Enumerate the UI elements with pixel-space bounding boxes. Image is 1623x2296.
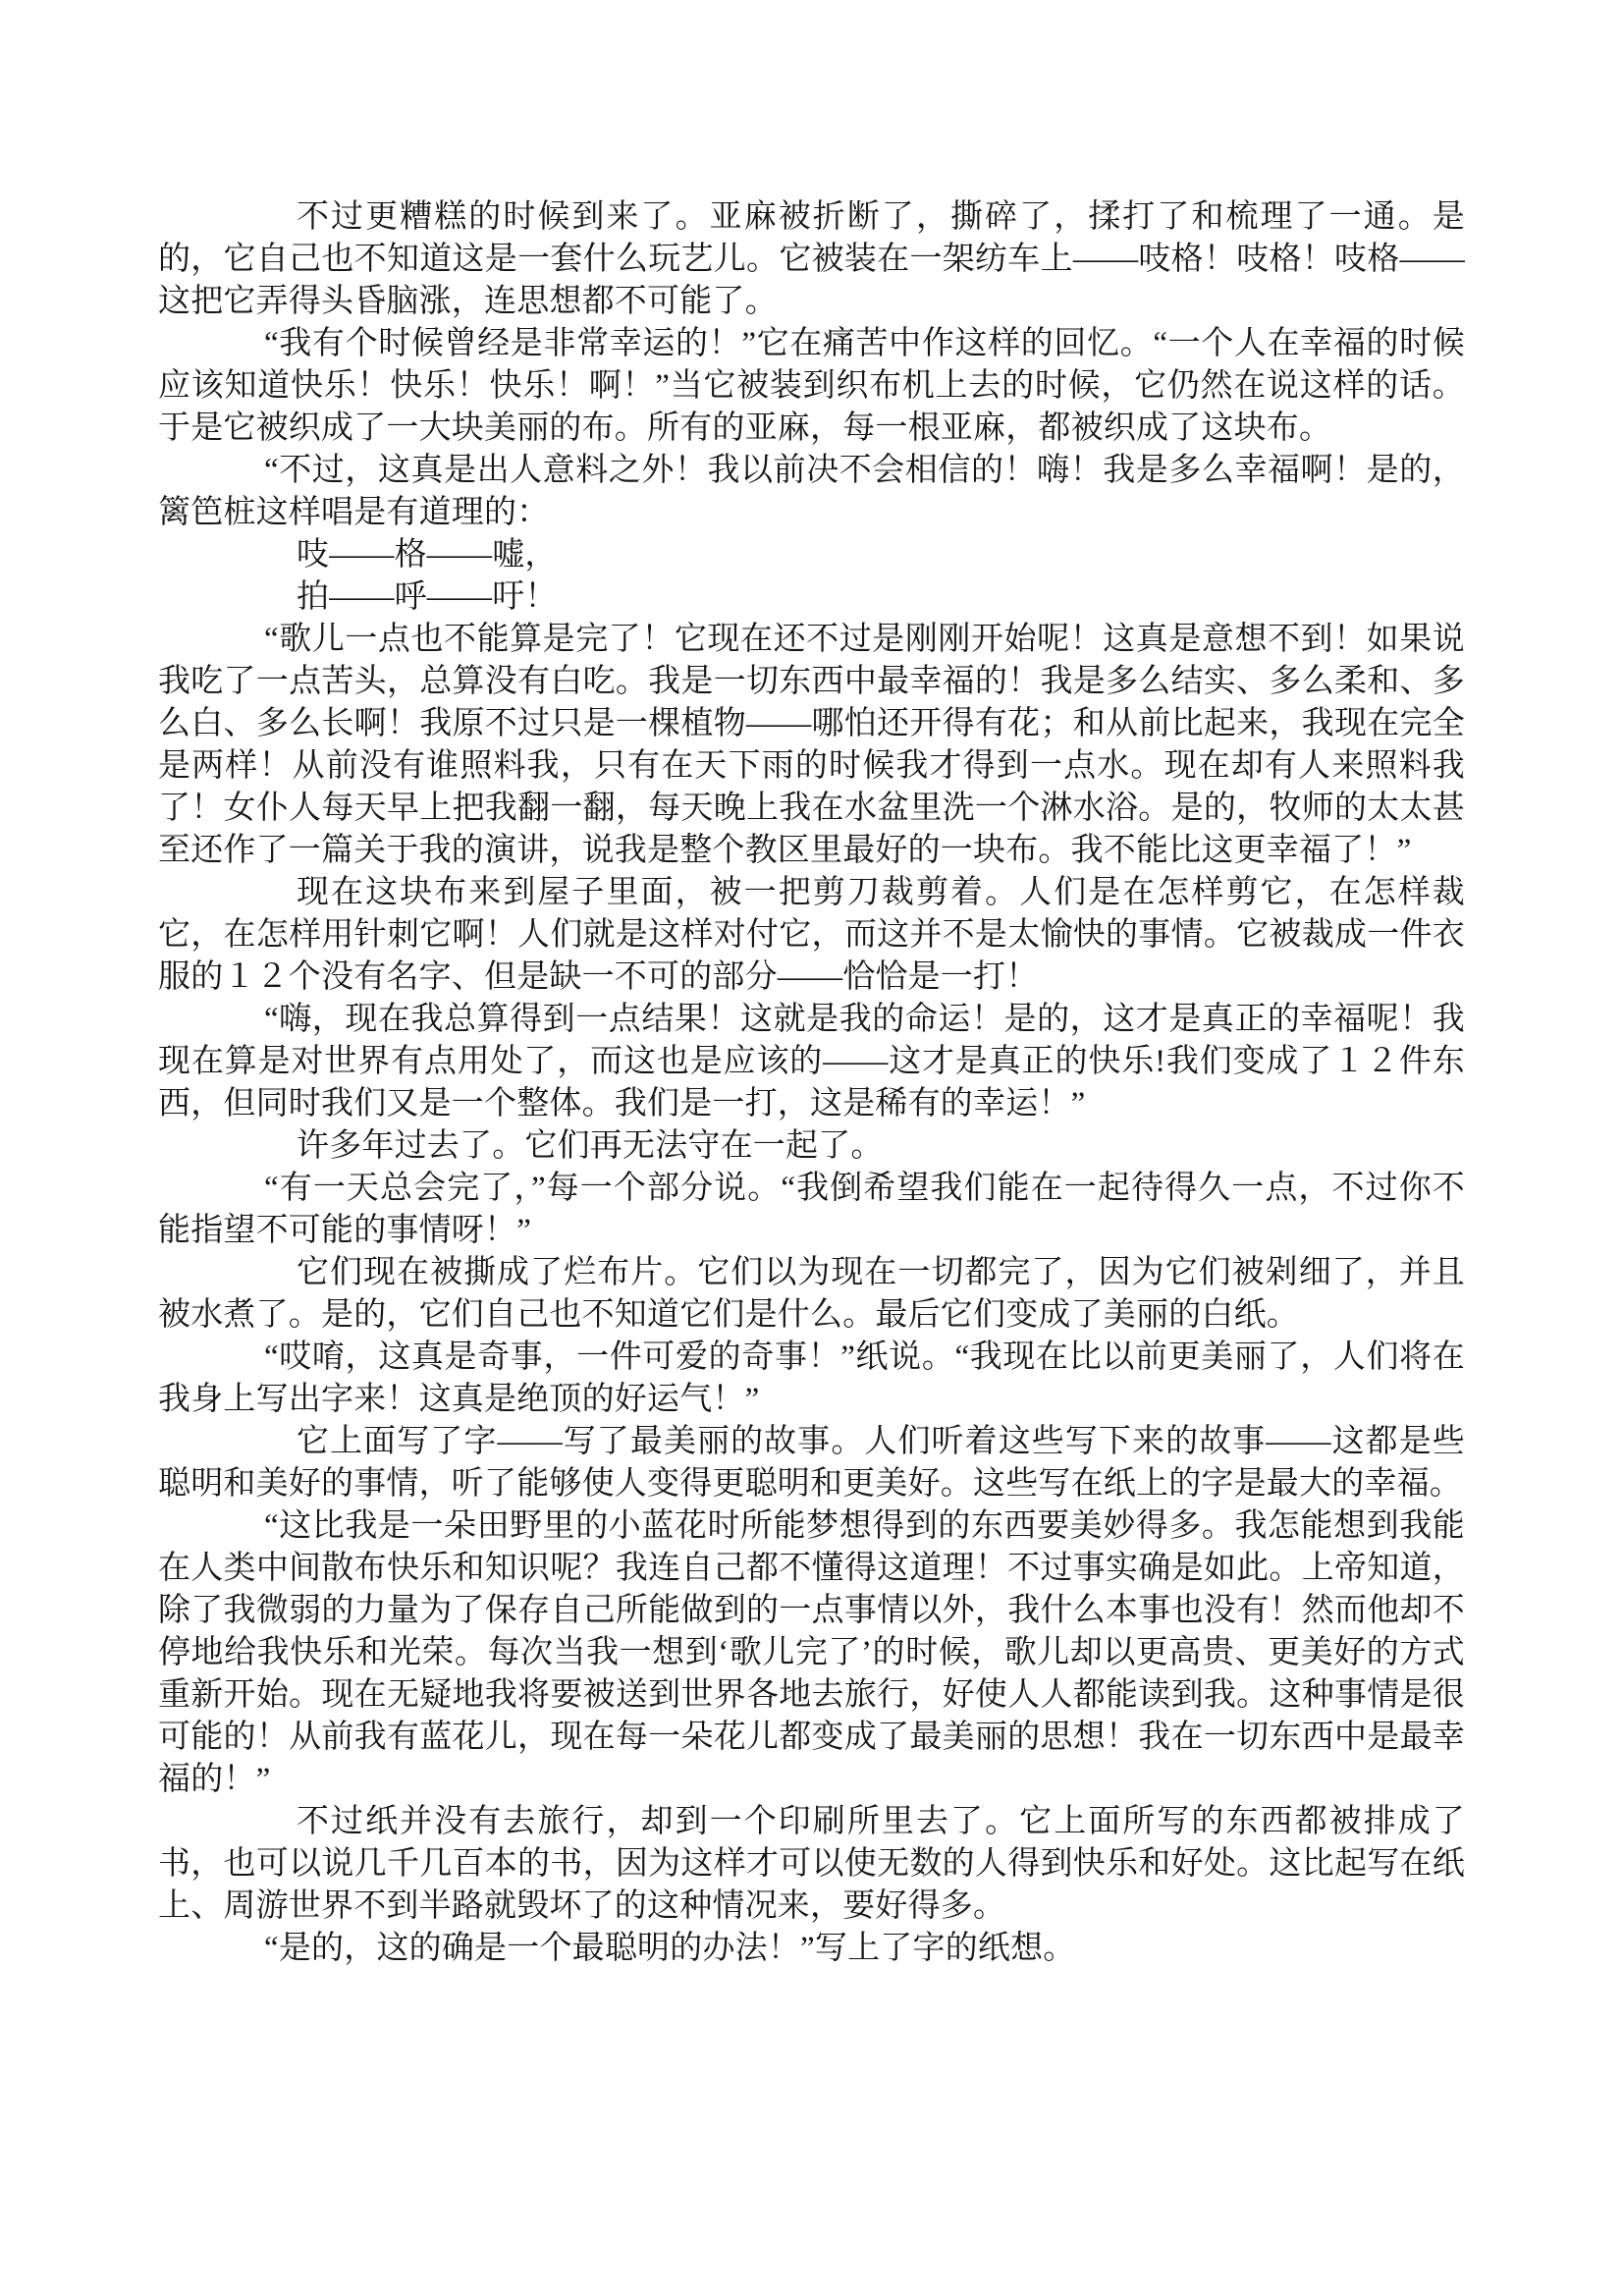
paragraph: 它们现在被撕成了烂布片。它们以为现在一切都完了，因为它们被剁细了，并且被水煮了。… [158,1252,1465,1337]
paragraph: “这比我是一朵田野里的小蓝花时所能梦想得到的东西要美妙得多。我怎能想到我能在人类… [158,1505,1465,1801]
text-block: 不过更糟糕的时候到来了。亚麻被折断了，撕碎了，揉打了和梳理了一通。是的，它自己也… [158,196,1465,1970]
paragraph: “有一天总会完了，”每一个部分说。“我倒希望我们能在一起待得久一点，不过你不能指… [158,1168,1465,1252]
paragraph: 不过更糟糕的时候到来了。亚麻被折断了，撕碎了，揉打了和梳理了一通。是的，它自己也… [158,196,1465,323]
verse-line: 吱——格——嘘， [158,534,1465,576]
paragraph: “嗨，现在我总算得到一点结果！这就是我的命运！是的，这才是真正的幸福呢！我现在算… [158,999,1465,1125]
paragraph: “哎唷，这真是奇事，一件可爱的奇事！”纸说。“我现在比以前更美丽了，人们将在我身… [158,1337,1465,1421]
paragraph: “不过，这真是出人意料之外！我以前决不会相信的！嗨！我是多么幸福啊！是的，篱笆桩… [158,450,1465,534]
document-page: 不过更糟糕的时候到来了。亚麻被折断了，撕碎了，揉打了和梳理了一通。是的，它自己也… [0,0,1623,2296]
paragraph: 许多年过去了。它们再无法守在一起了。 [158,1125,1465,1168]
paragraph: 它上面写了字——写了最美丽的故事。人们听着这些写下来的故事——这都是些聪明和美好… [158,1421,1465,1505]
paragraph: 现在这块布来到屋子里面，被一把剪刀裁剪着。人们是在怎样剪它，在怎样裁它，在怎样用… [158,872,1465,999]
paragraph: 不过纸并没有去旅行，却到一个印刷所里去了。它上面所写的东西都被排成了书，也可以说… [158,1801,1465,1928]
paragraph: “歌儿一点也不能算是完了！它现在还不过是刚刚开始呢！这真是意想不到！如果说我吃了… [158,619,1465,872]
paragraph: “我有个时候曾经是非常幸运的！”它在痛苦中作这样的回忆。“一个人在幸福的时候应该… [158,323,1465,450]
paragraph: “是的，这的确是一个最聪明的办法！”写上了字的纸想。 [158,1928,1465,1970]
verse-line: 拍——呼——吁！ [158,576,1465,619]
